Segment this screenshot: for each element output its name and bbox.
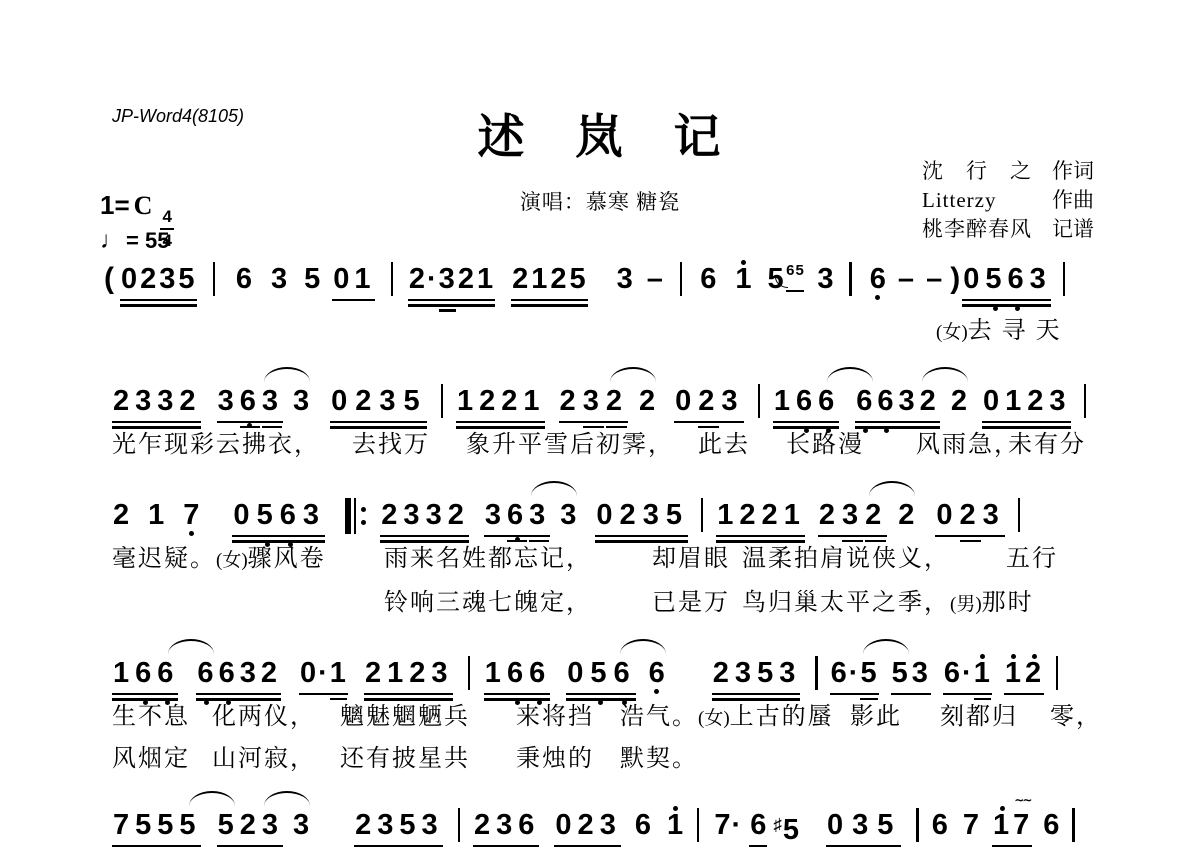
beam-line xyxy=(982,426,1071,428)
note-token: 7· xyxy=(713,808,741,842)
note-digits: 166 xyxy=(112,656,178,690)
lyric-segment: 光乍现彩云拂衣， xyxy=(112,430,320,460)
note-token: 6632 xyxy=(196,656,281,701)
note-char: 5 xyxy=(756,656,778,690)
note-token: 01 xyxy=(332,262,374,301)
note-digits: 6 xyxy=(749,808,767,842)
note-token: 7 xyxy=(182,498,200,532)
high-octave-dot xyxy=(1000,806,1005,811)
lyric-segment: 默契。 xyxy=(620,744,698,774)
lyric-segment: 魑魅魍魉兵 xyxy=(340,702,470,732)
note-char: 5 xyxy=(156,808,178,842)
beam-line xyxy=(1004,693,1044,695)
note-char: 6 xyxy=(196,656,217,690)
note-token: 6 xyxy=(749,808,767,847)
barline xyxy=(697,808,699,842)
beam-line xyxy=(112,421,201,423)
note-token: 1221 xyxy=(716,498,805,543)
note-char: 3 xyxy=(911,656,931,690)
note-char: 1 xyxy=(530,262,549,296)
note-char: 3 xyxy=(261,808,283,842)
note-char: 2 xyxy=(112,384,134,418)
barline xyxy=(1018,498,1020,532)
note-char: 2 xyxy=(112,498,130,532)
beam-line xyxy=(943,693,992,695)
note-token: 6·5 xyxy=(830,656,879,695)
note-char: 3 xyxy=(239,656,260,690)
music-system: (0235635012·32121253–6156536––)0563 xyxy=(0,262,1200,307)
note-char: 2 xyxy=(605,384,628,418)
lyric-segment: 铃响三魂七魄定， xyxy=(384,588,592,618)
note-char: 3 xyxy=(430,656,452,690)
note-token: 6 xyxy=(699,262,717,296)
grace-notes: 65 xyxy=(786,249,805,292)
beam-line xyxy=(408,299,495,301)
note-digits: 6632 xyxy=(196,656,281,690)
note-token: 1 xyxy=(734,262,752,296)
note-token: 12 xyxy=(1004,656,1044,695)
beam-line xyxy=(891,693,931,695)
note-char: 3 xyxy=(851,808,876,842)
note-char: 2 xyxy=(761,498,783,532)
note-char: 5 xyxy=(398,808,420,842)
extra-beam-line xyxy=(606,426,627,428)
note-digits: 6·1 xyxy=(943,656,992,690)
note-char: 5 xyxy=(177,262,196,296)
note-char: 5 xyxy=(589,656,612,690)
lyric-text: 刻都归 xyxy=(940,704,1018,730)
credit-row: 沈 行 之作词 xyxy=(922,157,1094,186)
note-char: 3 xyxy=(156,384,178,418)
note-token: 6 xyxy=(869,262,887,296)
note-char: 2 xyxy=(354,808,376,842)
note-char: 2 xyxy=(511,262,530,296)
credit-name: 沈 行 之 xyxy=(922,157,1042,186)
note-char: 1 xyxy=(783,498,805,532)
low-octave-dot xyxy=(189,531,194,536)
beam-line xyxy=(364,698,453,700)
beam-line xyxy=(380,535,469,537)
lyrics-row: 光乍现彩云拂衣，去找万象升平雪后初霁，此去长路漫风雨急，未有分 xyxy=(0,430,1200,462)
note-char: 6 xyxy=(749,808,767,842)
note-token: 6632 xyxy=(855,384,940,429)
slur-arc xyxy=(189,791,235,806)
lyric-segment: 雨来名姓都忘记， xyxy=(384,544,592,574)
lyric-text: 五行 xyxy=(1006,546,1058,572)
note-digits: 53 xyxy=(891,656,931,690)
lyric-text: 却眉眼 xyxy=(652,546,730,572)
slur-arc xyxy=(827,367,873,382)
lyric-segment: 风烟定 xyxy=(112,744,190,774)
lyric-segment: 五行 xyxy=(1006,544,1058,574)
repeat-thick-bar xyxy=(345,498,351,534)
note-char: 2 xyxy=(447,498,469,532)
note-char: 5 xyxy=(569,262,588,296)
note-digits: 5 xyxy=(303,262,321,296)
note-char: 3 xyxy=(217,384,239,418)
note-token: 023 xyxy=(674,384,743,423)
voice-marker: (女) xyxy=(698,708,730,729)
note-token: 6 xyxy=(648,656,666,690)
note-char: 6 xyxy=(931,808,949,842)
low-octave-dot xyxy=(1015,306,1020,311)
note-char: 6 xyxy=(795,384,817,418)
note-token: 17∼∼ xyxy=(992,808,1032,847)
music-system: 217056323323633023512212322023 xyxy=(0,498,1200,543)
note-char: 3 xyxy=(484,498,506,532)
note-digits: 17∼∼ xyxy=(992,808,1032,842)
beam-line xyxy=(566,693,635,695)
note-char: 1 xyxy=(973,656,992,690)
note-char: 2 xyxy=(1026,384,1048,418)
repeat-dot xyxy=(361,507,366,512)
note-char: 3 xyxy=(720,384,743,418)
extra-beam-line xyxy=(960,540,981,542)
lyric-segment: 零， xyxy=(1050,702,1102,732)
beam-line xyxy=(354,845,443,847)
note-char: 2 xyxy=(818,498,841,532)
note-token: 3 xyxy=(816,262,834,296)
sheet-music-page: JP-Word4(8105) 述 岚 记 演唱：慕寒 糖瓷 1=C44 ♩= 5… xyxy=(0,0,1200,850)
note-char: 3 xyxy=(582,384,605,418)
credit-role: 作词 xyxy=(1052,159,1094,183)
barline xyxy=(468,656,470,690)
note-char: 3 xyxy=(261,384,283,418)
note-char: 0 xyxy=(826,808,851,842)
lyric-text: 默契。 xyxy=(620,746,698,772)
note-char: 6 xyxy=(506,656,528,690)
note-digits: 6·5 xyxy=(830,656,879,690)
note-char: 0 xyxy=(120,262,139,296)
beam-line xyxy=(712,693,801,695)
mordent-ornament: ∼∼ xyxy=(1014,795,1030,805)
note-char: 6 xyxy=(876,384,897,418)
lyric-text: 毫迟疑。 xyxy=(112,546,216,572)
note-digits: 523 xyxy=(217,808,283,842)
extra-beam-line xyxy=(865,540,886,542)
note-char: 2 xyxy=(380,498,402,532)
note-digits: 232 xyxy=(818,498,887,532)
note-char: 7 xyxy=(713,808,731,842)
slur-arc xyxy=(863,639,909,654)
note-token: 2353 xyxy=(354,808,443,850)
note-digits: 0235 xyxy=(120,262,197,296)
note-char: 2 xyxy=(697,384,720,418)
note-digits: 056 xyxy=(566,656,635,690)
note-token: 6 xyxy=(931,808,949,842)
note-char: 6 xyxy=(869,262,887,296)
voice-marker: (女) xyxy=(936,322,968,343)
note-char: 0 xyxy=(299,656,318,690)
barline xyxy=(1063,262,1065,296)
high-octave-dot xyxy=(1032,654,1037,659)
lyric-segment: 已是万 xyxy=(652,588,730,618)
barline xyxy=(758,384,760,418)
note-char: 2 xyxy=(549,262,568,296)
beam-line xyxy=(120,304,197,306)
note-token: 056 xyxy=(566,656,635,701)
note-token: 035 xyxy=(826,808,901,847)
note-token: 0563 xyxy=(232,498,325,543)
note-token: 2·321 xyxy=(408,262,495,307)
lyric-text: 那时 xyxy=(982,590,1034,616)
note-char: 2 xyxy=(239,808,261,842)
lyric-text: 山河寂， xyxy=(212,746,316,772)
credit-name: Litterzy xyxy=(922,186,1042,215)
note-token: 0·1 xyxy=(299,656,348,695)
note-char: 1 xyxy=(353,262,374,296)
note-digits: 3 xyxy=(559,498,577,532)
note-char: 5 xyxy=(665,498,688,532)
note-token: ♯5 xyxy=(773,808,800,847)
slur-arc xyxy=(264,367,310,382)
note-char: 3 xyxy=(1029,262,1051,296)
note-char: 2 xyxy=(364,656,386,690)
beam-line xyxy=(380,540,469,542)
slur-arc xyxy=(869,481,915,496)
augmentation-dot: · xyxy=(318,656,329,690)
lyric-text: 零， xyxy=(1050,704,1102,730)
note-char: 0 xyxy=(982,384,1004,418)
beam-line xyxy=(595,535,688,537)
note-digits: 01 xyxy=(332,262,374,296)
note-token: 1221 xyxy=(456,384,545,429)
beam-line xyxy=(855,426,940,428)
note-char: 2 xyxy=(139,262,158,296)
beam-line xyxy=(112,693,178,695)
beam-line xyxy=(716,535,805,537)
note-digits: 7 xyxy=(182,498,200,532)
note-token: 3 xyxy=(292,384,310,418)
lyric-text: 鸟归巢太平之季， xyxy=(742,590,950,616)
lyrics-row: 风烟定山河寂，还有披星共秉烛的默契。 xyxy=(0,744,1200,776)
lyric-text: 未有分 xyxy=(1008,432,1086,458)
augmentation-dot: · xyxy=(732,808,742,842)
note-token: 6·1 xyxy=(943,656,992,695)
beam-line xyxy=(456,426,545,428)
lyric-text: 象升平雪后初霁， xyxy=(466,432,674,458)
note-char: 1 xyxy=(386,656,408,690)
note-char: 1 xyxy=(112,656,134,690)
slur-arc xyxy=(922,367,968,382)
beam-line xyxy=(773,421,839,423)
lyric-text: 光乍现彩云拂衣， xyxy=(112,432,320,458)
extra-beam-line xyxy=(330,698,347,700)
slur-arc xyxy=(264,791,310,806)
beam-line xyxy=(712,698,801,700)
note-digits: 2123 xyxy=(364,656,453,690)
note-char: – xyxy=(897,262,915,296)
note-char: 3 xyxy=(378,384,402,418)
note-char: 3 xyxy=(158,262,177,296)
slur-arc xyxy=(610,367,656,382)
key-letter: C xyxy=(134,191,153,220)
note-char: 2 xyxy=(712,656,734,690)
note-char: 5 xyxy=(795,254,804,288)
note-digits: 2 xyxy=(897,498,915,532)
note-char: 3 xyxy=(376,808,398,842)
extra-beam-line xyxy=(974,698,991,700)
note-char: 1 xyxy=(522,384,544,418)
note-digits: 0235 xyxy=(595,498,688,532)
note-char: 1 xyxy=(992,808,1012,842)
extra-beam-line xyxy=(262,426,282,428)
barline xyxy=(391,262,393,296)
note-char: 5 xyxy=(782,813,800,847)
note-token: 023 xyxy=(935,498,1004,537)
lyric-text: 铃响三魂七魄定， xyxy=(384,590,592,616)
lyric-segment: 去找万 xyxy=(352,430,430,460)
extra-beam-line xyxy=(698,426,719,428)
note-char: 1 xyxy=(1004,656,1024,690)
beam-line xyxy=(299,693,348,695)
note-digits: 236 xyxy=(473,808,539,842)
barline xyxy=(815,656,817,690)
lyric-text: 风烟定 xyxy=(112,746,190,772)
high-octave-dot xyxy=(980,654,985,659)
credit-name: 桃李醉春风 xyxy=(922,215,1042,244)
note-char: 6 xyxy=(156,656,178,690)
tempo-value: = 55 xyxy=(126,228,169,253)
note-char: 6 xyxy=(943,656,962,690)
note-token: 232 xyxy=(818,498,887,537)
note-digits: ♯5 xyxy=(773,808,800,847)
barline xyxy=(1072,808,1074,842)
note-digits: – xyxy=(646,262,664,296)
note-char: 6 xyxy=(239,384,261,418)
note-char: 3 xyxy=(841,498,864,532)
note-char: 6 xyxy=(817,384,839,418)
note-digits: 6 xyxy=(634,808,652,842)
note-digits: 7· xyxy=(713,808,741,842)
barline xyxy=(213,262,215,296)
lyric-text: 骤风卷 xyxy=(248,546,326,572)
note-token: 2332 xyxy=(112,384,201,429)
note-digits: 023 xyxy=(554,808,620,842)
note-digits: 232 xyxy=(559,384,628,418)
tempo-marking: ♩= 55 xyxy=(100,227,169,255)
credits-block: 沈 行 之作词Litterzy作曲桃李醉春风记谱 xyxy=(922,157,1094,244)
augmentation-dot: · xyxy=(427,262,438,296)
note-digits: 1221 xyxy=(716,498,805,532)
note-char: 2 xyxy=(577,808,599,842)
note-token: 3 xyxy=(270,262,288,296)
note-token: 232 xyxy=(559,384,628,423)
note-digits: 3 xyxy=(292,808,310,842)
barline xyxy=(1084,384,1086,418)
note-char: 5 xyxy=(876,808,901,842)
music-system: 755552332353236023617·6♯50356717∼∼6 xyxy=(0,808,1200,850)
lyric-text: 来将挡 xyxy=(516,704,594,730)
beam-line xyxy=(112,426,201,428)
lyric-text: 风雨急， xyxy=(916,432,1020,458)
note-digits: 2·321 xyxy=(408,262,495,296)
note-digits: 2125 xyxy=(511,262,588,296)
note-char: 3 xyxy=(292,808,310,842)
beam-line xyxy=(473,845,539,847)
note-char: 3 xyxy=(421,808,443,842)
note-digits: 6 xyxy=(235,262,253,296)
note-char: 2 xyxy=(408,262,427,296)
quarter-note-icon: ♩ xyxy=(100,227,124,254)
note-char: 2 xyxy=(559,384,582,418)
note-char: 6 xyxy=(830,656,849,690)
note-char: 5 xyxy=(403,384,427,418)
lyrics-row: (女)去 寻 天 xyxy=(0,316,1200,348)
note-char: 7 xyxy=(962,808,980,842)
beam-line xyxy=(830,693,879,695)
note-digits: 6 xyxy=(869,262,887,296)
note-char: 1 xyxy=(484,656,506,690)
lyric-segment: 浩气。(女)上古的蜃 xyxy=(620,702,834,734)
note-token: 363 xyxy=(484,498,550,537)
note-token: – xyxy=(646,262,664,296)
lyric-segment: 山河寂， xyxy=(212,744,316,774)
barline xyxy=(916,808,918,842)
note-digits: 1 xyxy=(147,498,165,532)
note-digits: 0235 xyxy=(330,384,427,418)
note-digits: 1 xyxy=(666,808,684,842)
note-token: 2 xyxy=(897,498,915,532)
note-token: 2332 xyxy=(380,498,469,543)
note-digits: 0·1 xyxy=(299,656,348,690)
note-char: 0 xyxy=(554,808,576,842)
lyrics-row: 生不息化两仪，魑魅魍魉兵来将挡浩气。(女)上古的蜃影此刻都归零， xyxy=(0,702,1200,734)
note-token: 363 xyxy=(217,384,283,423)
note-char: 2 xyxy=(919,384,940,418)
note-char: 3 xyxy=(898,384,919,418)
note-digits: 0563 xyxy=(232,498,325,532)
note-char: – xyxy=(646,262,664,296)
lyric-segment: 还有披星共 xyxy=(340,744,470,774)
note-token: 3 xyxy=(616,262,634,296)
note-char: 6 xyxy=(517,808,539,842)
note-digits: 6 xyxy=(699,262,717,296)
note-char: 2 xyxy=(950,384,968,418)
note-digits: 023 xyxy=(674,384,743,418)
note-digits: 6 xyxy=(1042,808,1060,842)
beam-line xyxy=(332,299,374,301)
note-digits: 2353 xyxy=(354,808,443,842)
note-char: 7 xyxy=(112,808,134,842)
note-token: 3 xyxy=(292,808,310,842)
note-char: 3 xyxy=(134,384,156,418)
note-char: 1 xyxy=(716,498,738,532)
note-token: 2353 xyxy=(712,656,801,701)
note-token: – xyxy=(925,262,943,296)
low-octave-dot xyxy=(875,295,880,300)
note-char: 2 xyxy=(897,498,915,532)
note-token: 0235 xyxy=(595,498,688,543)
beam-line xyxy=(112,845,201,847)
lyric-segment: 此去 xyxy=(698,430,750,460)
beam-line xyxy=(716,540,805,542)
note-char: 0 xyxy=(962,262,984,296)
note-digits: 2353 xyxy=(712,656,801,690)
augmentation-dot: · xyxy=(962,656,973,690)
beam-line xyxy=(935,535,1004,537)
lyric-text: 去找万 xyxy=(352,432,430,458)
lyric-text: 化两仪， xyxy=(212,704,316,730)
note-token: 0235 xyxy=(330,384,427,429)
note-digits: 0563 xyxy=(962,262,1051,296)
repeat-barline xyxy=(345,498,366,534)
lyric-segment: 毫迟疑。(女)骤风卷 xyxy=(112,544,326,576)
note-char: 0 xyxy=(566,656,589,690)
lyric-text: 温柔拍肩说侠义， xyxy=(742,546,950,572)
note-char: 3 xyxy=(734,656,756,690)
note-char: 3 xyxy=(528,498,550,532)
